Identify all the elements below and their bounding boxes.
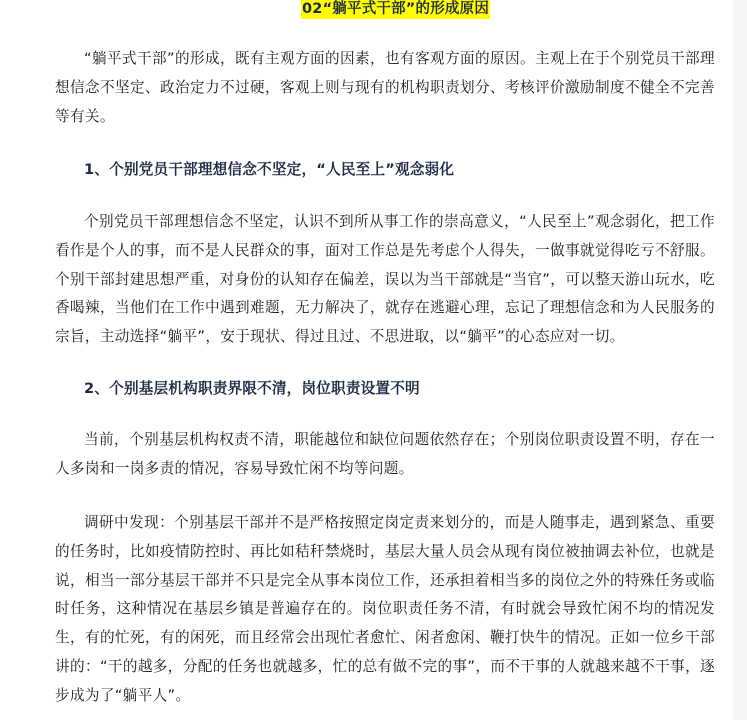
intro-paragraph: “躺平式干部”的形成，既有主观方面的因素，也有客观方面的原因。主观上在于个别党员…: [55, 45, 715, 131]
section-2-paragraph-1: 当前，个别基层机构权责不清，职能越位和缺位问题依然存在；个别岗位职责设置不明，存…: [55, 426, 715, 484]
section-2-body-2: 调研中发现：个别基层干部并不是严格按照定岗定责来划分的，而是人随事走，遇到紧急、…: [55, 509, 715, 711]
intro-block: “躺平式干部”的形成，既有主观方面的因素，也有客观方面的原因。主观上在于个别党员…: [55, 45, 715, 131]
title-container: 02“躺平式干部”的形成原因: [0, 0, 747, 20]
article-body: 02“躺平式干部”的形成原因 “躺平式干部”的形成，既有主观方面的因素，也有客观…: [55, 0, 715, 20]
section-1-heading: 1、个别党员干部理想信念不坚定，“人民至上”观念弱化: [55, 160, 715, 180]
section-2-body-1: 当前，个别基层机构权责不清，职能越位和缺位问题依然存在；个别岗位职责设置不明，存…: [55, 426, 715, 484]
section-1-paragraph-1: 个别党员干部理想信念不坚定，认识不到所从事工作的崇高意义，“人民至上”观念弱化，…: [55, 208, 715, 352]
article-section-title: 02“躺平式干部”的形成原因: [301, 0, 490, 19]
section-2-heading-block: 2、个别基层机构职责界限不清，岗位职责设置不明: [55, 379, 715, 399]
section-2-heading: 2、个别基层机构职责界限不清，岗位职责设置不明: [55, 379, 715, 399]
section-2-paragraph-2: 调研中发现：个别基层干部并不是严格按照定岗定责来划分的，而是人随事走，遇到紧急、…: [55, 509, 715, 711]
section-1-body: 个别党员干部理想信念不坚定，认识不到所从事工作的崇高意义，“人民至上”观念弱化，…: [55, 208, 715, 352]
section-1-heading-block: 1、个别党员干部理想信念不坚定，“人民至上”观念弱化: [55, 160, 715, 180]
page-gutter: [733, 0, 747, 720]
